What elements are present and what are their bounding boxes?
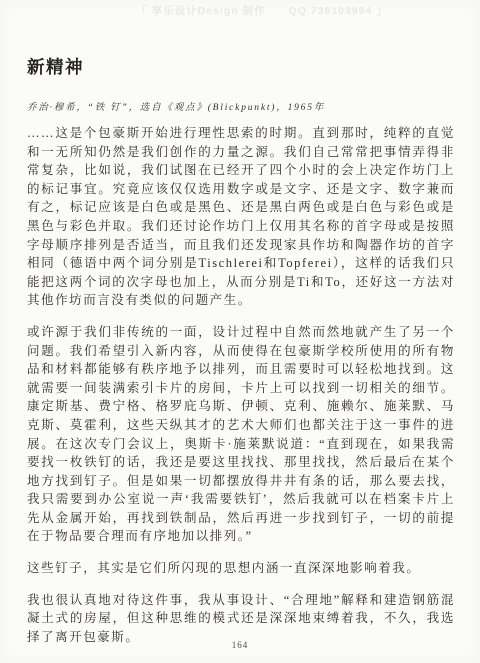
paragraph-2: 或许源于我们非传统的一面，设计过程中自然而然地就产生了另一个问题。我们希望引入新… bbox=[27, 323, 455, 546]
byline: 乔治·穆希，“铁 钉”，选自《观点》(Blickpunkt)，1965年 bbox=[27, 99, 455, 113]
page-number: 164 bbox=[0, 640, 480, 650]
book-page: 「 享乐设计Design 制作 QQ 736103994 」 新精神 乔治·穆希… bbox=[0, 0, 480, 663]
paragraph-3: 这些钉子，其实是它们所闪现的思想内涵一直深深地影响着我。 bbox=[27, 559, 455, 578]
paragraph-1: ……这是个包豪斯开始进行理性思索的时期。直到那时，纯粹的直觉和一无所知仍然是我们… bbox=[27, 124, 455, 310]
watermark-text: 「 享乐设计Design 制作 QQ 736103994 」 bbox=[136, 3, 388, 18]
page-title: 新精神 bbox=[27, 54, 455, 79]
paragraph-4: 我也很认真地对待这件事，我从事设计、“合理地”解释和建造钢筋混凝土式的房屋，但这… bbox=[27, 591, 455, 647]
page-content: 新精神 乔治·穆希，“铁 钉”，选自《观点》(Blickpunkt)，1965年… bbox=[27, 54, 455, 659]
